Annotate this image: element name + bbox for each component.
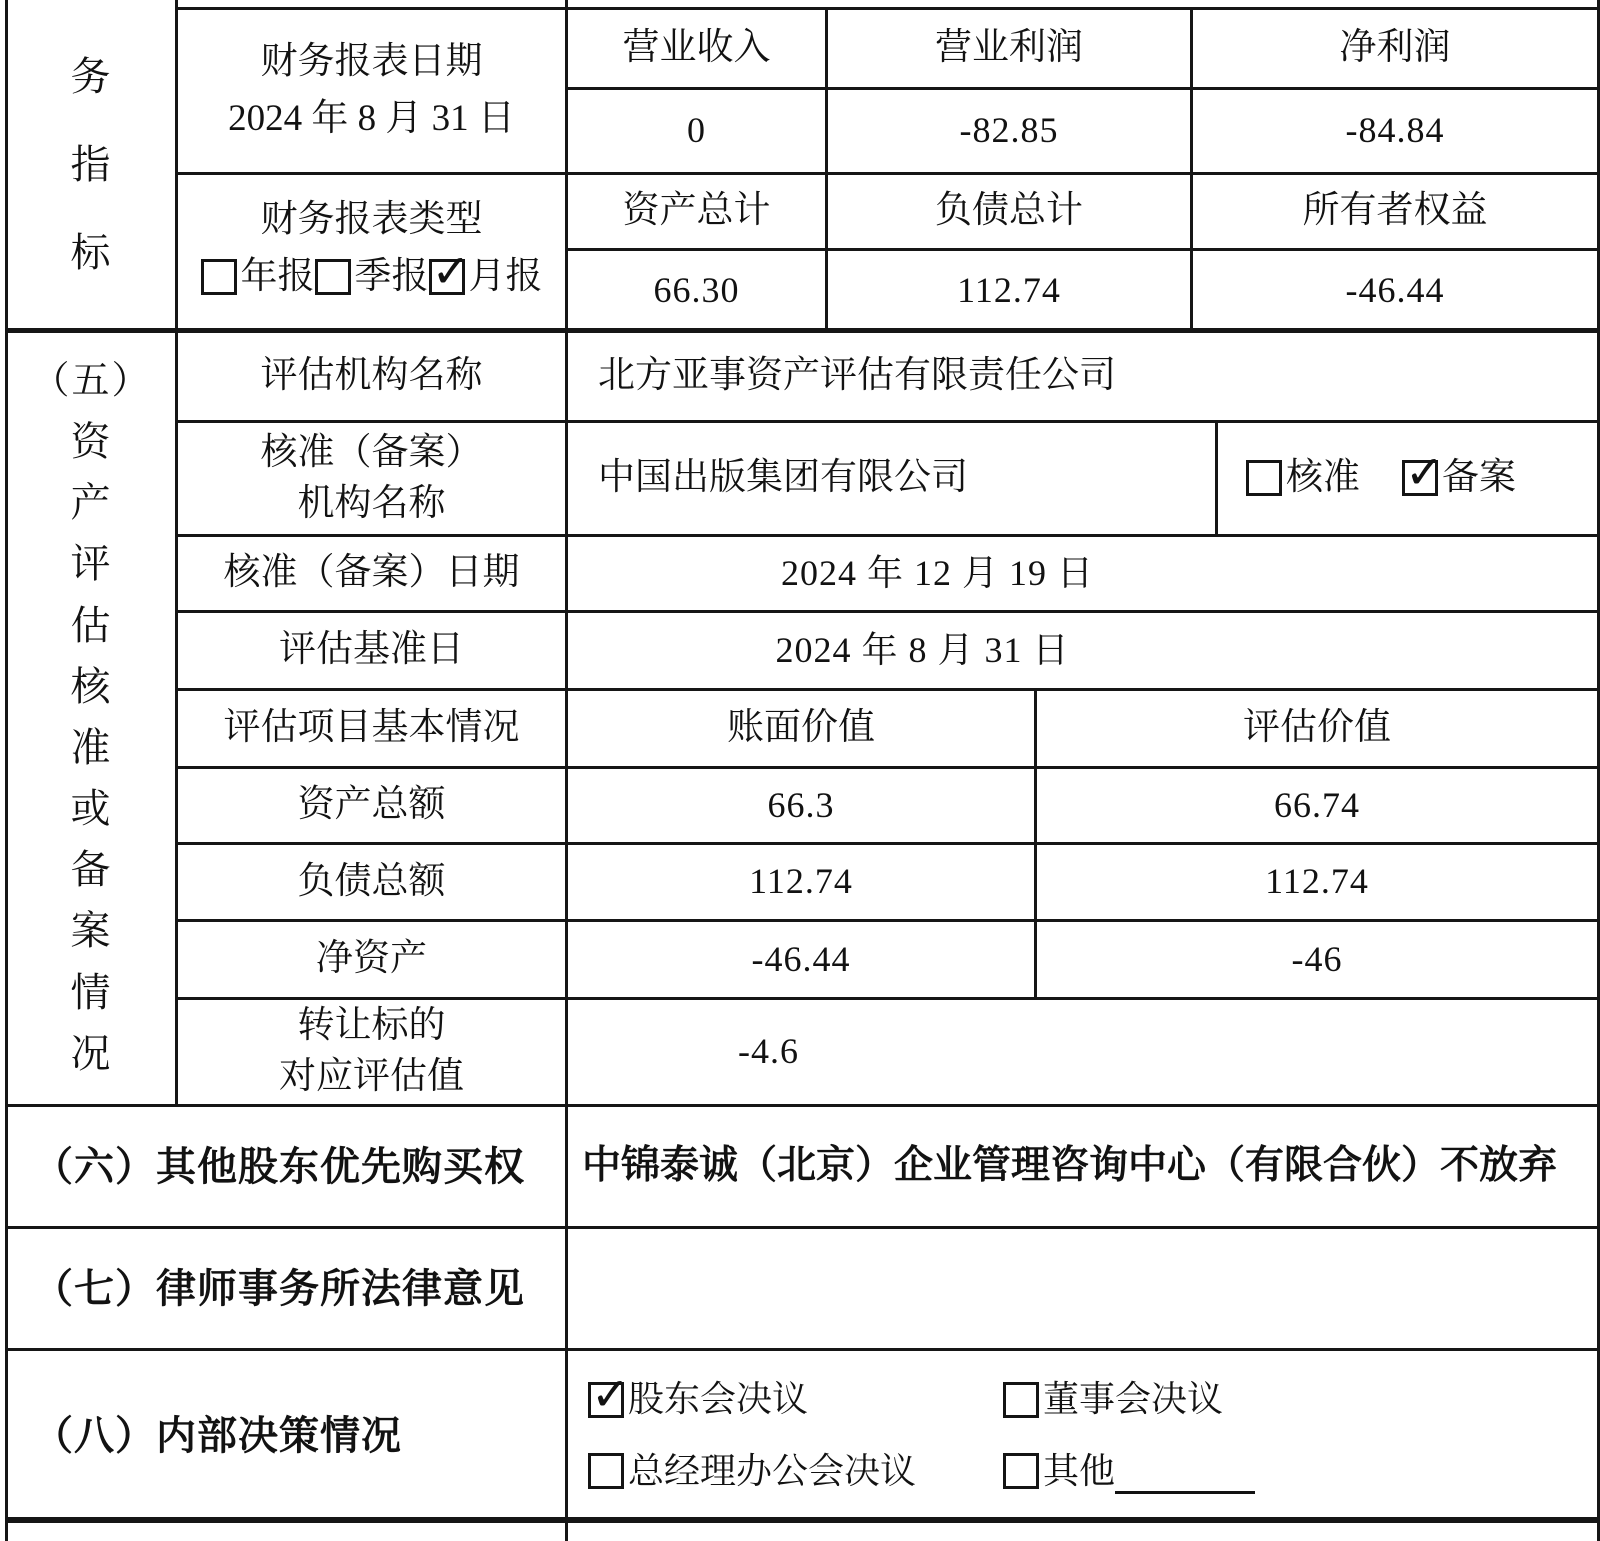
total-liabilities-value: 112.74	[825, 248, 1193, 333]
report-type-label: 财务报表类型	[261, 199, 483, 242]
value-text: -84.84	[1346, 110, 1445, 151]
section-divider	[5, 1517, 1600, 1523]
row-label: 评估机构名称	[261, 355, 483, 398]
value-text: 66.30	[654, 270, 740, 311]
assets-total-label: 资产总额	[175, 766, 568, 845]
operating-revenue-header: 营业收入	[565, 7, 828, 90]
financial-indicators-side-label: 务 指 标	[5, 0, 178, 333]
option-board-resolution: 董事会决议	[1003, 1379, 1223, 1420]
agency-name-value-cell: 北方亚事资产评估有限责任公司	[565, 330, 1600, 423]
report-type-options: 年报季报月报	[201, 256, 543, 306]
section6-label: （六）其他股东优先购买权	[33, 1144, 525, 1190]
agency-name-label-cell: 评估机构名称	[175, 330, 568, 423]
side-char: 情	[71, 970, 113, 1016]
monthly-checkbox[interactable]	[429, 259, 465, 295]
quarterly-checkbox[interactable]	[315, 259, 351, 295]
net-assets-book: -46.44	[565, 919, 1037, 1000]
value-text: -46.44	[1346, 270, 1445, 311]
row-label: 评估基准日	[279, 629, 464, 672]
net-assets-assessed: -46	[1034, 919, 1600, 1000]
section8-label-cell: （八）内部决策情况	[5, 1348, 568, 1523]
option-approval: 核准	[1246, 457, 1360, 500]
preemptive-right-statement: 中锦泰诚（北京）企业管理咨询中心（有限合伙）不放弃	[582, 1144, 1557, 1189]
divider-stub	[5, 1523, 8, 1541]
gm-office-resolution-checkbox[interactable]	[588, 1453, 624, 1489]
transfer-value-cell: -4.6	[565, 997, 1600, 1107]
approval-org-name: 中国出版集团有限公司	[598, 457, 968, 500]
option-gm-office-resolution: 总经理办公会决议	[588, 1451, 916, 1492]
section6-value-cell: 中锦泰诚（北京）企业管理咨询中心（有限合伙）不放弃	[565, 1104, 1600, 1229]
report-date-label: 财务报表日期	[261, 41, 483, 84]
approval-mode-cell: 核准 备案	[1215, 420, 1600, 537]
value-text: 66.3	[768, 785, 835, 826]
section6-label-cell: （六）其他股东优先购买权	[5, 1104, 568, 1229]
side-char: 务	[71, 54, 113, 100]
section7-label-cell: （七）律师事务所法律意见	[5, 1226, 568, 1351]
approval-date-value-cell: 2024 年 12 月 19 日	[565, 534, 1600, 613]
side-char: 标	[71, 230, 113, 276]
row-label: 资产总额	[298, 784, 446, 827]
row-label-line1: 转让标的	[298, 1005, 446, 1048]
value-text: -46	[1292, 939, 1343, 980]
row-label-line2: 机构名称	[298, 483, 446, 526]
checkbox-label: 总经理办公会决议	[628, 1451, 916, 1492]
side-char: 核	[71, 664, 113, 710]
liabilities-total-book: 112.74	[565, 842, 1037, 922]
section5-side-label: （五） 资 产 评 估 核 准 或 备 案 情 况	[5, 330, 178, 1107]
section8-label: （八）内部决策情况	[33, 1413, 402, 1459]
transfer-value-label-cell: 转让标的 对应评估值	[175, 997, 568, 1107]
row-label: 评估项目基本情况	[224, 707, 520, 750]
base-date: 2024 年 8 月 31 日	[775, 630, 1069, 671]
side-line: （五）	[31, 360, 151, 404]
valuation-basic-label-cell: 评估项目基本情况	[175, 688, 568, 769]
side-char: 准	[71, 725, 113, 771]
checkbox-label: 董事会决议	[1043, 1379, 1223, 1420]
liabilities-total-label: 负债总额	[175, 842, 568, 922]
side-char: 案	[71, 908, 113, 954]
side-char: 指	[71, 142, 113, 188]
annual-checkbox[interactable]	[201, 259, 237, 295]
base-date-label-cell: 评估基准日	[175, 610, 568, 691]
owners-equity-value: -46.44	[1190, 248, 1600, 333]
checkbox-label: 股东会决议	[628, 1379, 808, 1420]
net-profit-header: 净利润	[1190, 7, 1600, 90]
total-liabilities-header: 负债总计	[825, 172, 1193, 251]
assessed-value-header: 评估价值	[1034, 688, 1600, 769]
header-text: 账面价值	[727, 707, 875, 750]
total-assets-value: 66.30	[565, 248, 828, 333]
value-text: 0	[687, 110, 706, 151]
header-text: 净利润	[1340, 27, 1451, 70]
approval-checkbox[interactable]	[1246, 460, 1282, 496]
net-assets-label: 净资产	[175, 919, 568, 1000]
operating-revenue-value: 0	[565, 87, 828, 175]
board-resolution-checkbox[interactable]	[1003, 1382, 1039, 1418]
report-type-cell: 财务报表类型 年报季报月报	[175, 172, 568, 333]
report-date-value: 2024 年 8 月 31 日	[228, 98, 515, 141]
other-checkbox[interactable]	[1003, 1453, 1039, 1489]
shareholders-resolution-checkbox[interactable]	[588, 1382, 624, 1418]
checkbox-label: 年报	[241, 256, 315, 299]
value-text: -82.85	[960, 110, 1059, 151]
approval-date-label-cell: 核准（备案）日期	[175, 534, 568, 613]
row-label: 负债总额	[298, 861, 446, 904]
value-text: 112.74	[957, 270, 1061, 311]
assets-total-book: 66.3	[565, 766, 1037, 845]
option-annual: 年报	[201, 256, 315, 299]
option-quarterly: 季报	[315, 256, 429, 299]
header-text: 负债总计	[935, 190, 1083, 233]
value-text: 112.74	[749, 861, 853, 902]
disclosure-table-page: 务 指 标 财务报表日期 2024 年 8 月 31 日 营业收入 营业利润 净…	[0, 0, 1600, 1541]
transfer-value: -4.6	[738, 1031, 799, 1072]
option-monthly: 月报	[429, 256, 543, 299]
assets-total-assessed: 66.74	[1034, 766, 1600, 845]
value-text: 112.74	[1265, 861, 1369, 902]
checkbox-label: 备案	[1442, 457, 1516, 500]
value-text: 66.74	[1274, 785, 1360, 826]
header-text: 资产总计	[623, 190, 771, 233]
section7-label: （七）律师事务所法律意见	[33, 1266, 525, 1312]
header-text: 营业收入	[623, 27, 771, 70]
approval-date: 2024 年 12 月 19 日	[781, 553, 1094, 594]
header-text: 评估价值	[1243, 707, 1391, 750]
liabilities-total-assessed: 112.74	[1034, 842, 1600, 922]
total-assets-header: 资产总计	[565, 172, 828, 251]
approval-org-value-cell: 中国出版集团有限公司	[565, 420, 1218, 537]
section7-value-cell	[565, 1226, 1600, 1351]
side-char: 评	[71, 541, 113, 587]
book-value-header: 账面价值	[565, 688, 1037, 769]
option-other: 其他	[1003, 1451, 1255, 1492]
agency-name: 北方亚事资产评估有限责任公司	[598, 355, 1116, 398]
side-char: 资	[71, 419, 113, 465]
divider-stub	[565, 1523, 568, 1541]
checkbox-label: 其他	[1043, 1451, 1115, 1492]
option-shareholders-resolution: 股东会决议	[588, 1379, 808, 1420]
checkbox-label: 月报	[469, 256, 543, 299]
net-profit-value: -84.84	[1190, 87, 1600, 175]
row-label-line2: 对应评估值	[279, 1056, 464, 1099]
section8-value-cell: 股东会决议 董事会决议 总经理办公会决议 其他	[565, 1348, 1600, 1523]
side-char: 估	[71, 603, 113, 649]
operating-profit-header: 营业利润	[825, 7, 1193, 90]
header-text: 营业利润	[935, 27, 1083, 70]
side-char: 或	[71, 786, 113, 832]
blank-underline	[1115, 1456, 1255, 1494]
header-text: 所有者权益	[1303, 190, 1488, 233]
row-label: 净资产	[316, 938, 427, 981]
side-char: 产	[71, 480, 113, 526]
decision-options-grid: 股东会决议 董事会决议 总经理办公会决议 其他	[588, 1379, 1255, 1492]
approval-org-label-cell: 核准（备案） 机构名称	[175, 420, 568, 537]
row-label: 核准（备案）日期	[224, 552, 520, 595]
operating-profit-value: -82.85	[825, 87, 1193, 175]
row-label-line1: 核准（备案）	[261, 432, 483, 475]
owners-equity-header: 所有者权益	[1190, 172, 1600, 251]
side-char: 备	[71, 847, 113, 893]
report-date-label-cell: 财务报表日期 2024 年 8 月 31 日	[175, 7, 568, 175]
option-filing: 备案	[1402, 457, 1516, 500]
base-date-value-cell: 2024 年 8 月 31 日	[565, 610, 1600, 691]
side-char: 况	[71, 1031, 113, 1077]
checkbox-label: 核准	[1286, 457, 1360, 500]
filing-checkbox[interactable]	[1402, 460, 1438, 496]
checkbox-label: 季报	[355, 256, 429, 299]
value-text: -46.44	[752, 939, 851, 980]
